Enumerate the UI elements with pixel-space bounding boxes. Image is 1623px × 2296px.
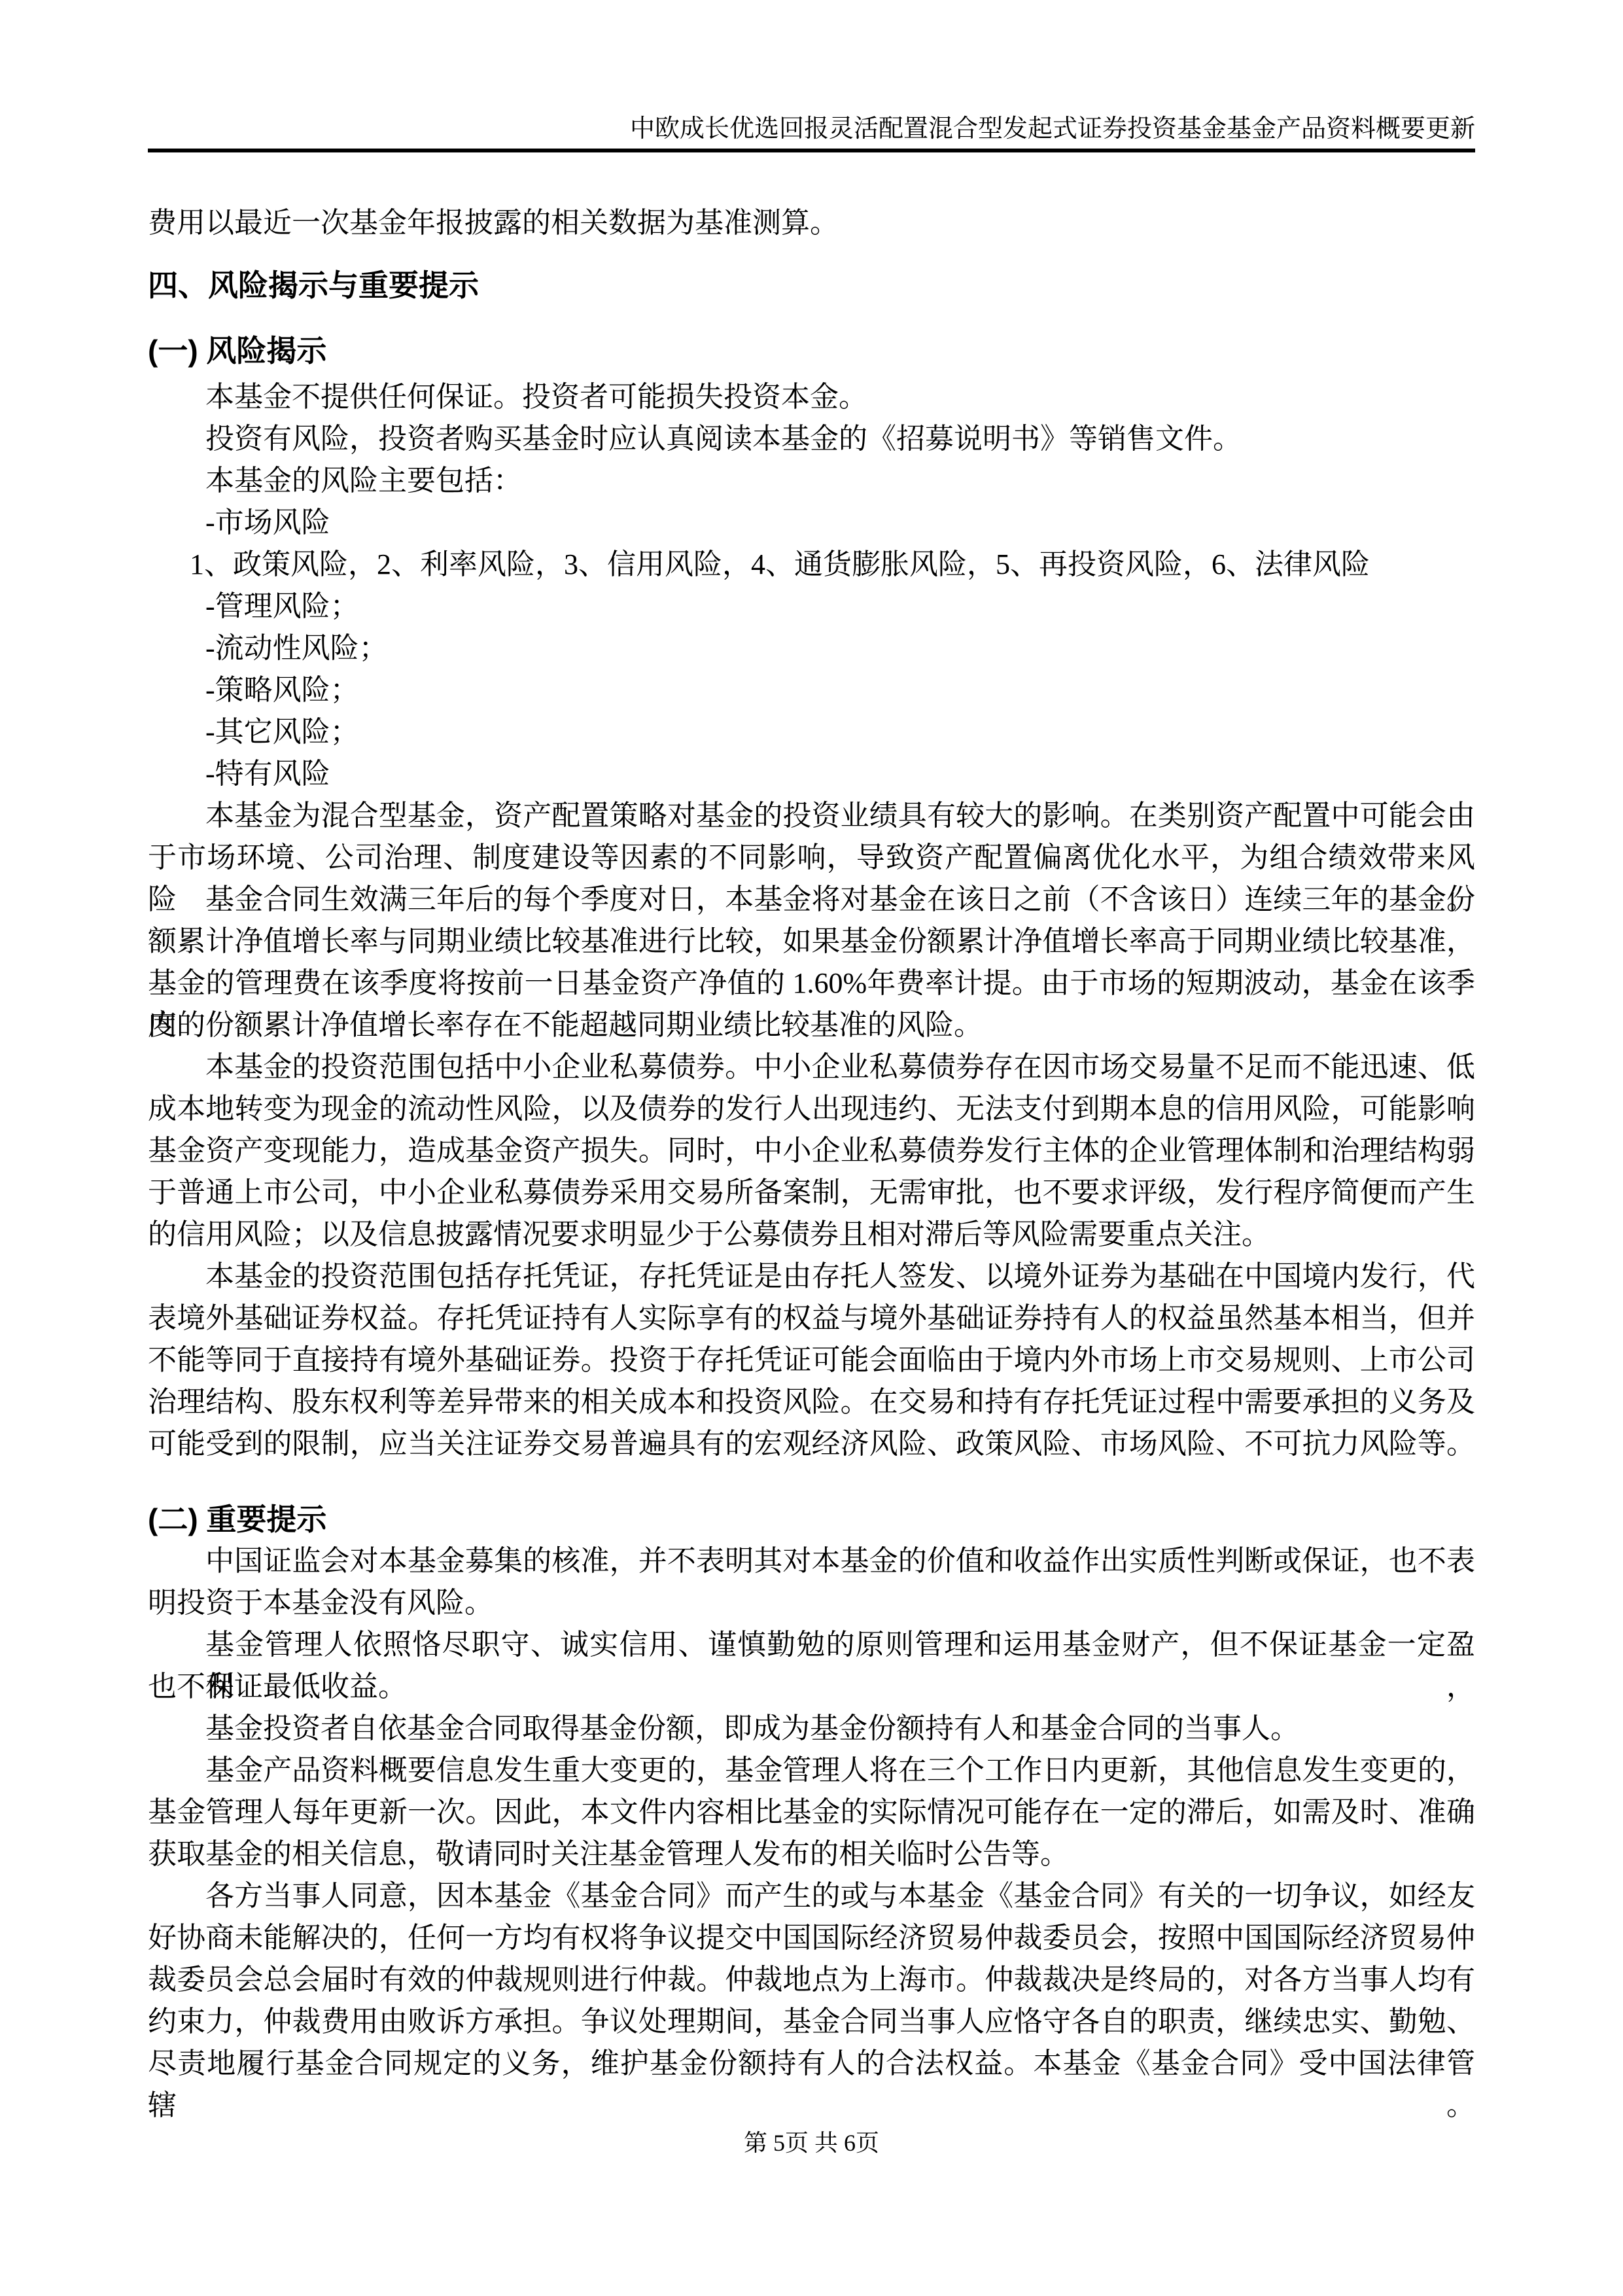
text-line: 本基金的风险主要包括：: [148, 460, 1475, 502]
text-line: 不能等同于直接持有境外基础证券。投资于存托凭证可能会面临由于境内外市场上市交易规…: [148, 1339, 1475, 1381]
page-number: 第 5页 共 6页: [148, 2122, 1475, 2164]
text-line: 基金产品资料概要信息发生重大变更的，基金管理人将在三个工作日内更新，其他信息发生…: [148, 1750, 1475, 1792]
text-line: -市场风险: [148, 502, 1475, 544]
text-line: 于普通上市公司，中小企业私募债券采用交易所备案制，无需审批，也不要求评级，发行程…: [148, 1172, 1475, 1214]
text-line: 基金管理人每年更新一次。因此，本文件内容相比基金的实际情况可能存在一定的滞后，如…: [148, 1792, 1475, 1833]
text-line: 可能受到的限制，应当关注证券交易普遍具有的宏观经济风险、政策风险、市场风险、不可…: [148, 1423, 1475, 1465]
text-line: 约束力，仲裁费用由败诉方承担。争议处理期间，基金合同当事人应恪守各自的职责，继续…: [148, 2001, 1475, 2043]
document-body: 费用以最近一次基金年报披露的相关数据为基准测算。四、风险揭示与重要提示(一) 风…: [148, 202, 1475, 2085]
subsection-heading: (一) 风险揭示: [148, 330, 1475, 372]
section-heading: 四、风险揭示与重要提示: [148, 264, 1475, 306]
text-line: 费用以最近一次基金年报披露的相关数据为基准测算。: [148, 202, 1475, 244]
text-line: 的信用风险；以及信息披露情况要求明显少于公募债券且相对滞后等风险需要重点关注。: [148, 1214, 1475, 1256]
text-line: 基金投资者自依基金合同取得基金份额，即成为基金份额持有人和基金合同的当事人。: [148, 1708, 1475, 1750]
text-line: 额累计净值增长率与同期业绩比较基准进行比较，如果基金份额累计净值增长率高于同期业…: [148, 921, 1475, 963]
text-line: 获取基金的相关信息，敬请同时关注基金管理人发布的相关临时公告等。: [148, 1833, 1475, 1875]
text-line: 好协商未能解决的，任何一方均有权将争议提交中国国际经济贸易仲裁委员会，按照中国国…: [148, 1917, 1475, 1959]
text-line: 于市场环境、公司治理、制度建设等因素的不同影响，导致资产配置偏离优化水平，为组合…: [148, 837, 1475, 879]
text-line: 投资有风险，投资者购买基金时应认真阅读本基金的《招募说明书》等销售文件。: [148, 418, 1475, 460]
subsection-heading: (二) 重要提示: [148, 1498, 1475, 1540]
text-line: 基金资产变现能力，造成基金资产损失。同时，中小企业私募债券发行主体的企业管理体制…: [148, 1130, 1475, 1172]
text-line: 本基金的投资范围包括存托凭证，存托凭证是由存托人签发、以境外证券为基础在中国境内…: [148, 1256, 1475, 1298]
document-page: 中欧成长优选回报灵活配置混合型发起式证券投资基金基金产品资料概要更新 费用以最近…: [0, 0, 1623, 2296]
text-line: -管理风险；: [148, 586, 1475, 627]
text-line: -其它风险；: [148, 711, 1475, 753]
text-line: 成本地转变为现金的流动性风险，以及债券的发行人出现违约、无法支付到期本息的信用风…: [148, 1088, 1475, 1130]
text-line: 明投资于本基金没有风险。: [148, 1582, 1475, 1624]
text-line: 内的份额累计净值增长率存在不能超越同期业绩比较基准的风险。: [148, 1004, 1475, 1046]
text-line: 裁委员会总会届时有效的仲裁规则进行仲裁。仲裁地点为上海市。仲裁裁决是终局的，对各…: [148, 1959, 1475, 2001]
text-line: -策略风险；: [148, 669, 1475, 711]
text-line: 本基金为混合型基金，资产配置策略对基金的投资业绩具有较大的影响。在类别资产配置中…: [148, 795, 1475, 837]
text-line: 尽责地履行基金合同规定的义务，维护基金份额持有人的合法权益。本基金《基金合同》受…: [148, 2043, 1475, 2085]
text-line: 表境外基础证券权益。存托凭证持有人实际享有的权益与境外基础证券持有人的权益虽然基…: [148, 1298, 1475, 1339]
text-line: 基金的管理费在该季度将按前一日基金资产净值的 1.60%年费率计提。由于市场的短…: [148, 963, 1475, 1004]
text-line: 中国证监会对本基金募集的核准，并不表明其对本基金的价值和收益作出实质性判断或保证…: [148, 1540, 1475, 1582]
page-content: 中欧成长优选回报灵活配置混合型发起式证券投资基金基金产品资料概要更新 费用以最近…: [148, 0, 1475, 2164]
text-line: 本基金的投资范围包括中小企业私募债券。中小企业私募债券存在因市场交易量不足而不能…: [148, 1046, 1475, 1088]
text-line: 本基金不提供任何保证。投资者可能损失投资本金。: [148, 376, 1475, 418]
text-line: -特有风险: [148, 753, 1475, 795]
text-line: 各方当事人同意，因本基金《基金合同》而产生的或与本基金《基金合同》有关的一切争议…: [148, 1875, 1475, 1917]
text-line: -流动性风险；: [148, 627, 1475, 669]
text-line: 1、政策风险，2、利率风险，3、信用风险，4、通货膨胀风险，5、再投资风险，6、…: [148, 544, 1475, 586]
text-line: 治理结构、股东权利等差异带来的相关成本和投资风险。在交易和持有存托凭证过程中需要…: [148, 1381, 1475, 1423]
text-line: 基金合同生效满三年后的每个季度对日，本基金将对基金在该日之前（不含该日）连续三年…: [148, 879, 1475, 921]
page-title: 中欧成长优选回报灵活配置混合型发起式证券投资基金基金产品资料概要更新: [148, 108, 1475, 150]
text-line: 基金管理人依照恪尽职守、诚实信用、谨慎勤勉的原则管理和运用基金财产，但不保证基金…: [148, 1624, 1475, 1666]
